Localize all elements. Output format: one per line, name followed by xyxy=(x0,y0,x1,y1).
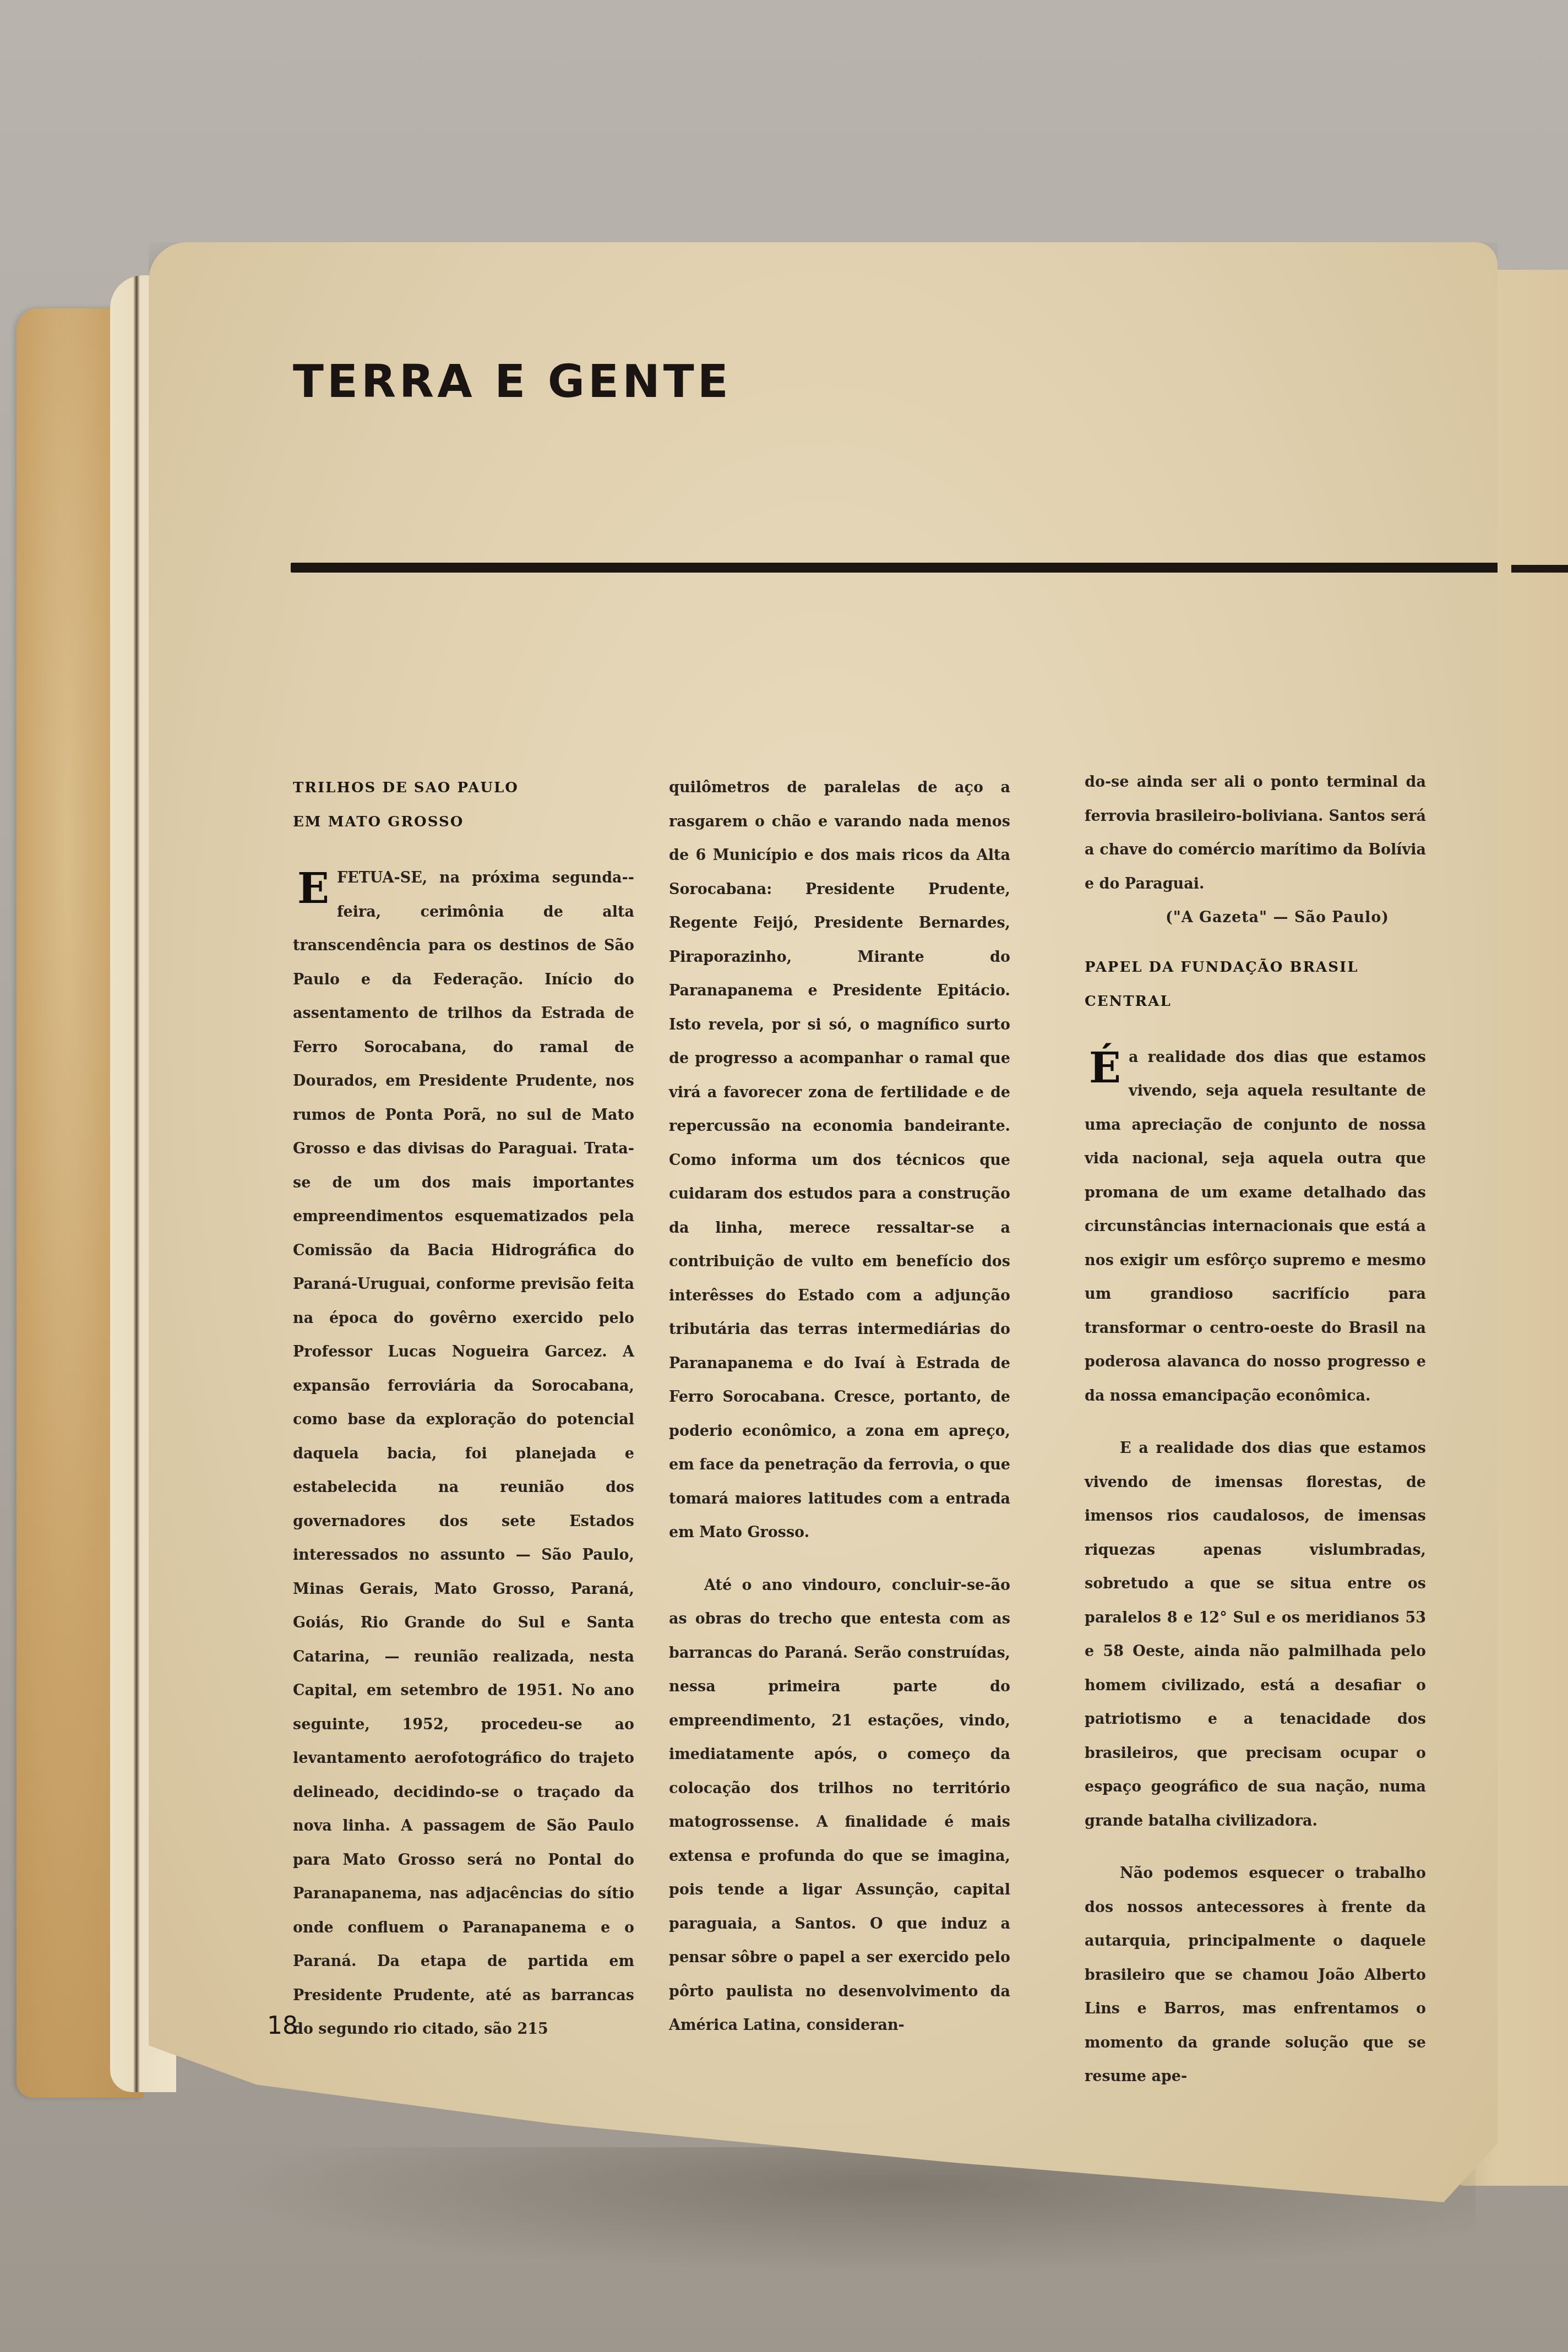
drop-cap-e-acute: É xyxy=(1089,1052,1121,1085)
next-page-rule xyxy=(1511,565,1568,573)
article-2-paragraph-3: Não podemos esquecer o trabalho dos noss… xyxy=(1085,1856,1426,2094)
article-2-heading-line-2: CENTRAL xyxy=(1085,993,1172,1010)
article-1-text-col-1: FETUA-SE, na próxima segunda--feira, cer… xyxy=(293,869,634,2038)
magazine-page: TERRA E GENTE TRILHOS DE SAO PAULO EM MA… xyxy=(149,242,1498,2202)
article-2-paragraph-1-text: a realidade dos dias que estamos vivendo… xyxy=(1085,1049,1426,1404)
page-number: 18 xyxy=(267,2012,298,2040)
article-2-heading-line-1: PAPEL DA FUNDAÇÃO BRASIL xyxy=(1085,959,1358,976)
article-2-paragraph-1: Éa realidade dos dias que estamos vivend… xyxy=(1085,1041,1426,1413)
article-1-heading-line-2: EM MATO GROSSO xyxy=(293,814,464,830)
article-2-paragraph-2: E a realidade dos dias que estamos viven… xyxy=(1085,1431,1426,1838)
article-1-source: ("A Gazeta" — São Paulo) xyxy=(1085,901,1426,935)
article-1-heading-line-1: TRILHOS DE SAO PAULO xyxy=(293,780,519,796)
column-1: TRILHOS DE SAO PAULO EM MATO GROSSO EFET… xyxy=(293,771,634,2046)
article-1-body-part-1: EFETUA-SE, na próxima segunda--feira, ce… xyxy=(293,861,634,2046)
article-1-heading: TRILHOS DE SAO PAULO EM MATO GROSSO xyxy=(293,771,634,839)
drop-cap-e: E xyxy=(297,872,329,905)
article-2-heading: PAPEL DA FUNDAÇÃO BRASIL CENTRAL xyxy=(1085,950,1426,1019)
article-1-body-part-2: quilômetros de paralelas de aço a rasgar… xyxy=(669,771,1010,1550)
article-1-body-part-3: do-se ainda ser ali o ponto terminal da … xyxy=(1085,765,1426,901)
section-title: TERRA E GENTE xyxy=(293,356,732,408)
column-2: quilômetros de paralelas de aço a rasgar… xyxy=(669,771,1010,2043)
column-3: do-se ainda ser ali o ponto terminal da … xyxy=(1085,765,1426,2094)
title-rule xyxy=(291,563,1502,573)
article-1-paragraph-2: Até o ano vindouro, concluir-se-ão as ob… xyxy=(669,1569,1010,2043)
